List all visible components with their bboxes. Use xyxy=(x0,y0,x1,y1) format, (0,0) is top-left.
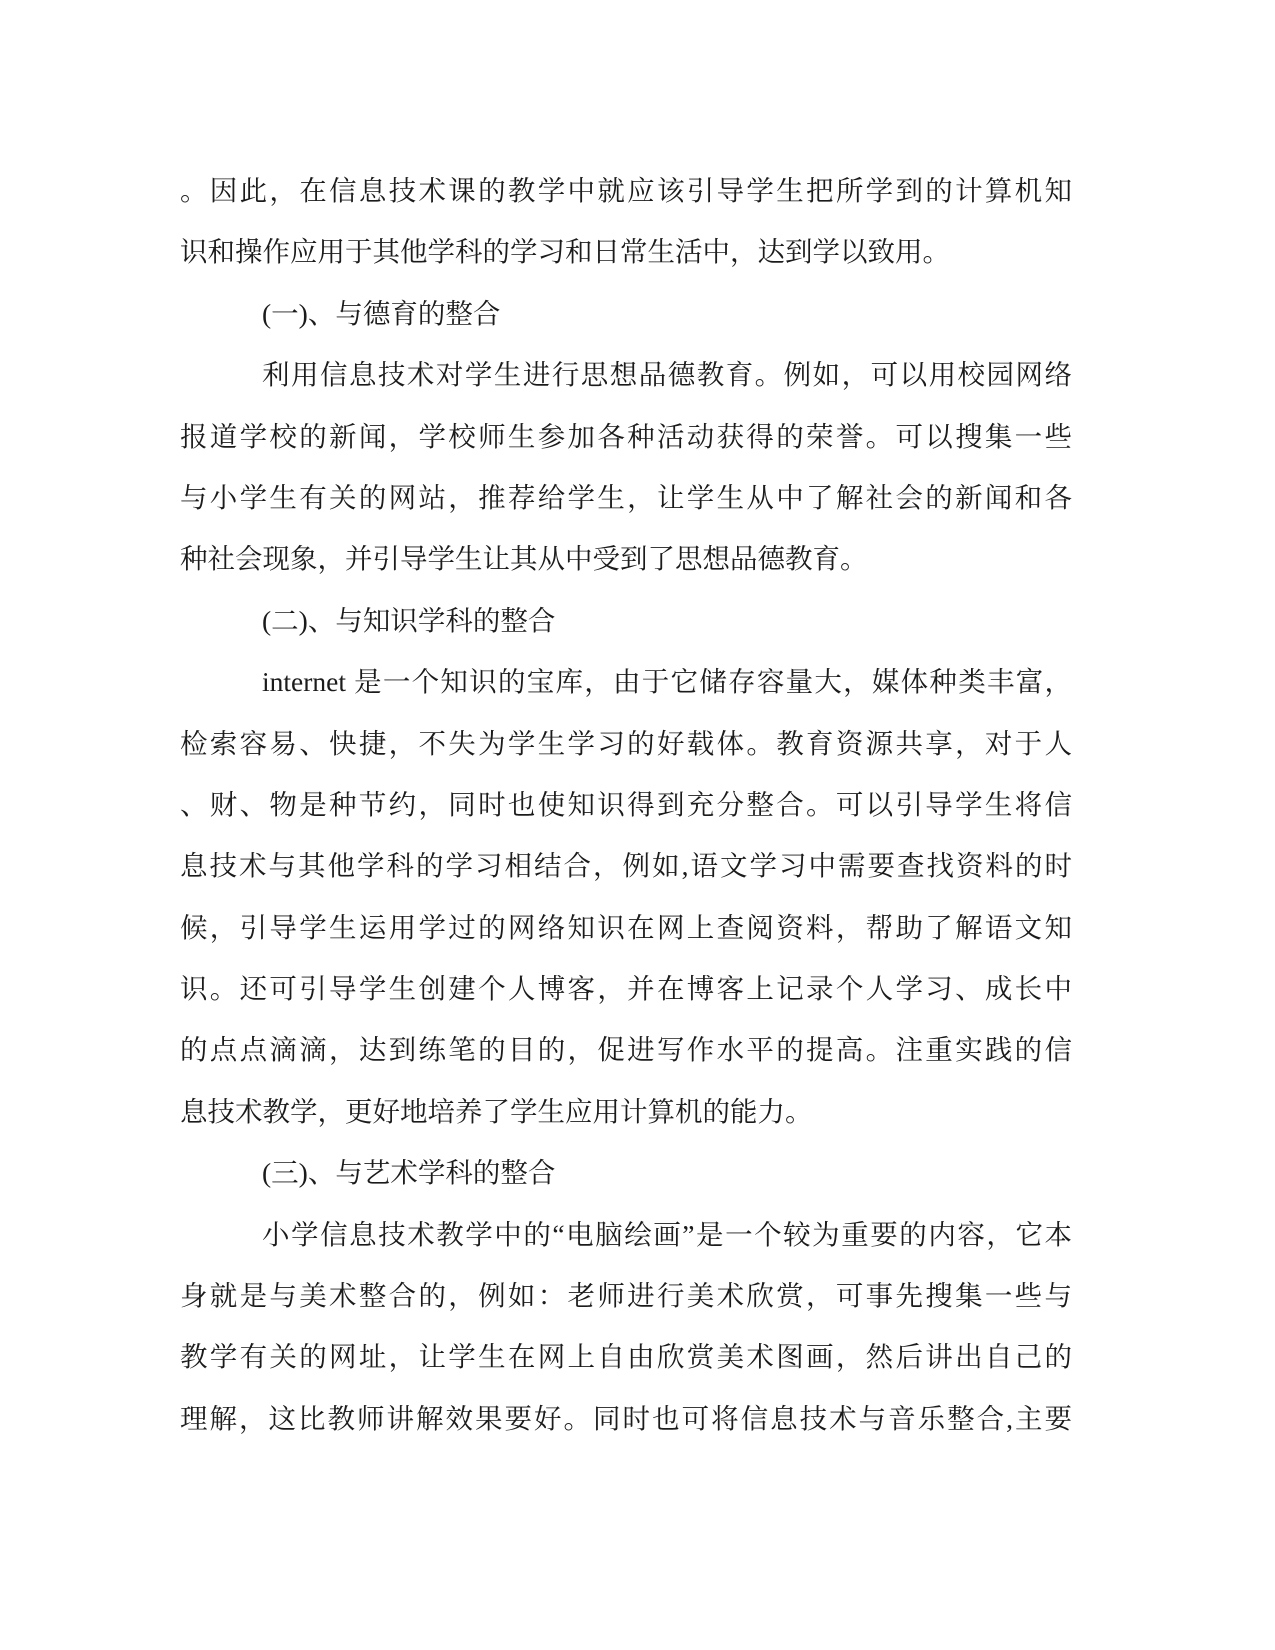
text-line: 、财、物是种节约，同时也使知识得到充分整合。可以引导学生将信 xyxy=(180,774,1072,835)
text-line: 。因此，在信息技术课的教学中就应该引导学生把所学到的计算机知 xyxy=(180,160,1072,221)
section-heading: (二)、与知识学科的整合 xyxy=(180,590,1072,651)
text-line: internet 是一个知识的宝库，由于它储存容量大，媒体种类丰富， xyxy=(180,651,1072,712)
text-line: 理解，这比教师讲解效果要好。同时也可将信息技术与音乐整合,主要 xyxy=(180,1388,1072,1449)
text-line: 识。还可引导学生创建个人博客，并在博客上记录个人学习、成长中 xyxy=(180,958,1072,1019)
text-line: 与小学生有关的网站，推荐给学生，让学生从中了解社会的新闻和各 xyxy=(180,467,1072,528)
text-line: 报道学校的新闻，学校师生参加各种活动获得的荣誉。可以搜集一些 xyxy=(180,406,1072,467)
text-line: 教学有关的网址，让学生在网上自由欣赏美术图画，然后讲出自己的 xyxy=(180,1326,1072,1387)
text-block: 。因此，在信息技术课的教学中就应该引导学生把所学到的计算机知 识和操作应用于其他… xyxy=(180,160,1072,1449)
section-heading: (一)、与德育的整合 xyxy=(180,283,1072,344)
text-line: 息技术教学，更好地培养了学生应用计算机的能力。 xyxy=(180,1081,1072,1142)
text-line: 小学信息技术教学中的“电脑绘画”是一个较为重要的内容，它本 xyxy=(180,1204,1072,1265)
text-line: 身就是与美术整合的，例如：老师进行美术欣赏，可事先搜集一些与 xyxy=(180,1265,1072,1326)
text-line: 种社会现象，并引导学生让其从中受到了思想品德教育。 xyxy=(180,528,1072,589)
text-line: 识和操作应用于其他学科的学习和日常生活中，达到学以致用。 xyxy=(180,221,1072,282)
text-line: 利用信息技术对学生进行思想品德教育。例如，可以用校园网络 xyxy=(180,344,1072,405)
text-line: 息技术与其他学科的学习相结合，例如,语文学习中需要查找资料的时 xyxy=(180,835,1072,896)
document-page: 。因此，在信息技术课的教学中就应该引导学生把所学到的计算机知 识和操作应用于其他… xyxy=(0,0,1275,1650)
section-heading: (三)、与艺术学科的整合 xyxy=(180,1142,1072,1203)
text-line: 的点点滴滴，达到练笔的目的，促进写作水平的提高。注重实践的信 xyxy=(180,1019,1072,1080)
text-line: 候，引导学生运用学过的网络知识在网上查阅资料，帮助了解语文知 xyxy=(180,897,1072,958)
text-line: 检索容易、快捷，不失为学生学习的好载体。教育资源共享，对于人 xyxy=(180,713,1072,774)
